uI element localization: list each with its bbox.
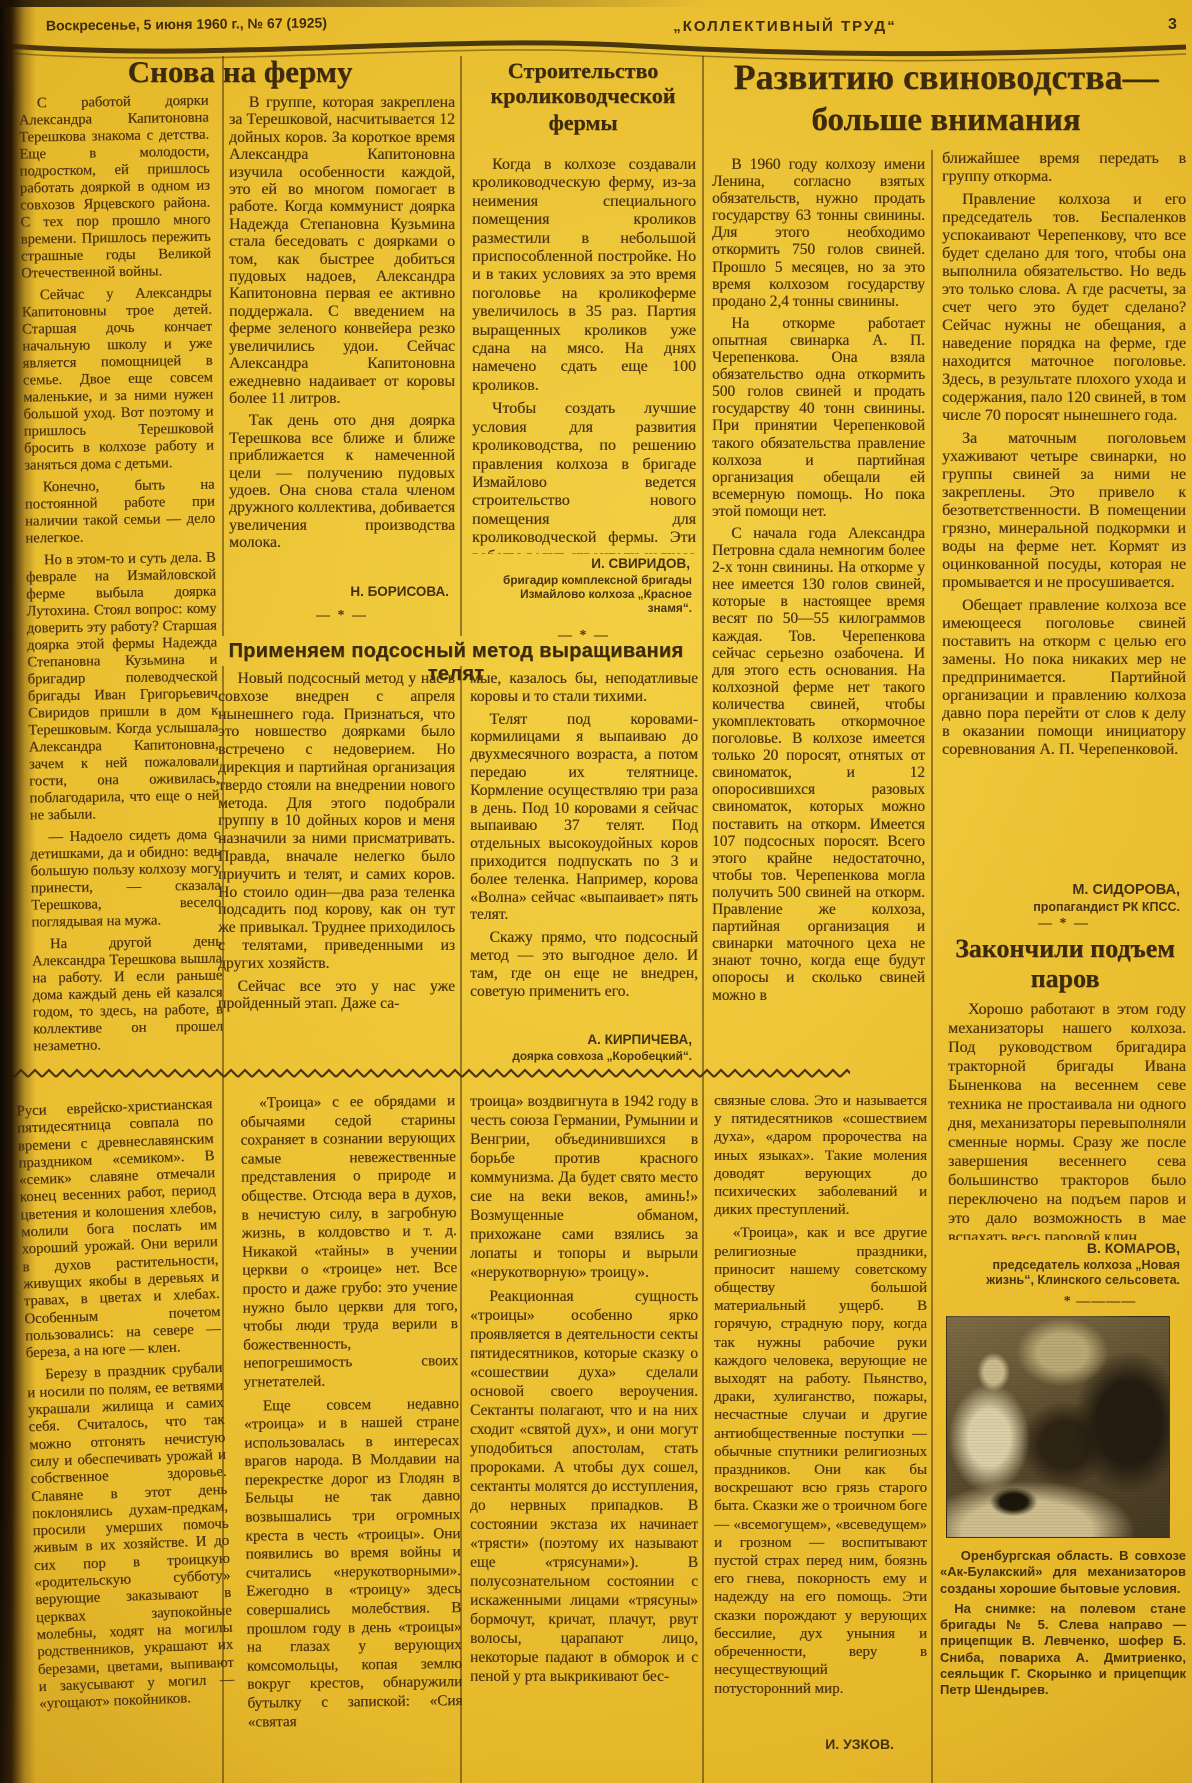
photo-caption-intro: Оренбургская область. В совхозе «Ак-Була… xyxy=(940,1548,1186,1597)
page-top-edge-shadow xyxy=(0,0,834,7)
article-troitsa-column-2: «Троица» с ее обрядами и обычаями седой … xyxy=(240,1092,463,1783)
byline-sidorova-title: пропагандист РК КПСС. xyxy=(942,900,1180,915)
column-divider xyxy=(460,56,462,636)
byline-sviridov: И. СВИРИДОВ, xyxy=(472,556,690,571)
photo-caption-note: На снимке: на полевом стане бригады № 5.… xyxy=(940,1601,1186,1699)
photo-caption-lead: Оренбургская область. xyxy=(961,1548,1113,1563)
byline-sidorova: М. СИДОРОВА, xyxy=(942,882,1180,898)
byline-komarov: В. КОМАРОВ, xyxy=(948,1240,1180,1256)
article-pary-body: Хорошо работают в этом году механизаторы… xyxy=(948,1000,1186,1240)
byline-kirpicheva-title: доярка совхоза „Коробецкий“. xyxy=(470,1050,692,1064)
article-troitsa-column-4: связные слова. Это и называется у пятиде… xyxy=(714,1092,927,1730)
byline-borisova: Н. БОРИСОВА. xyxy=(229,584,449,599)
article-troitsa-column-3: троица» воздвигнута в 1942 году в честь … xyxy=(470,1092,698,1783)
star-line-separator: * ———— xyxy=(1020,1294,1180,1310)
article-telyata-column-1: Новый подсосный метод у нас в совхозе вн… xyxy=(218,670,455,1084)
column-divider xyxy=(931,150,933,1783)
column-divider xyxy=(222,56,224,636)
article-svinovodstvo-column-2: ближайшее время передать в группу откорм… xyxy=(942,150,1186,878)
headline-pary-line1: Закончили подъем xyxy=(944,934,1186,964)
column-divider xyxy=(702,56,704,1783)
star-separator: — * — xyxy=(229,608,455,624)
article-kroliki-body: Когда в колхозе создавали кролиководческ… xyxy=(472,156,696,554)
byline-kirpicheva: А. КИРПИЧЕВА, xyxy=(470,1032,692,1047)
headline-svinovodstvo-line2: больше внимания xyxy=(706,100,1186,140)
headline-svinovodstvo-line1: Развитию свиноводства— xyxy=(706,56,1186,98)
article-telyata-column-2: мые, казалось бы, неподатливые коровы и … xyxy=(470,670,698,1030)
field-camp-photo xyxy=(946,1316,1170,1538)
article-snova-column-2: В группе, которая закреплена за Терешков… xyxy=(229,94,455,580)
article-troitsa-column-1: Руси еврейско-христианская пятидесятница… xyxy=(16,1096,237,1765)
zigzag-separator xyxy=(0,1066,850,1082)
star-separator: — * — xyxy=(942,916,1186,932)
byline-komarov-title: председатель колхоза „Новая жизнь“, Клин… xyxy=(948,1258,1180,1288)
article-svinovodstvo-column-1: В 1960 году колхозу имени Ленина, соглас… xyxy=(712,156,925,1068)
headline-krolikofermy-line3: фермы xyxy=(467,110,699,135)
headline-pary-line2: паров xyxy=(944,964,1186,994)
headline-snova-na-fermu: Снова на ферму xyxy=(40,54,440,90)
newspaper-page: Воскресенье, 5 июня 1960 г., № 67 (1925)… xyxy=(0,0,1192,1783)
headline-krolikofermy-line1: Строительство xyxy=(467,58,699,83)
article-snova-column-1: С работой доярки Александра Капитоновна … xyxy=(18,93,223,1064)
book-spine-shadow xyxy=(0,0,36,1783)
headline-krolikofermy-line2: кролиководческой xyxy=(467,83,699,108)
byline-sviridov-title: бригадир комплексной бригады Измайлово к… xyxy=(492,574,692,616)
byline-uzkov: И. УЗКОВ. xyxy=(714,1736,894,1752)
photo-caption: Оренбургская область. В совхозе «Ак-Була… xyxy=(940,1548,1186,1702)
